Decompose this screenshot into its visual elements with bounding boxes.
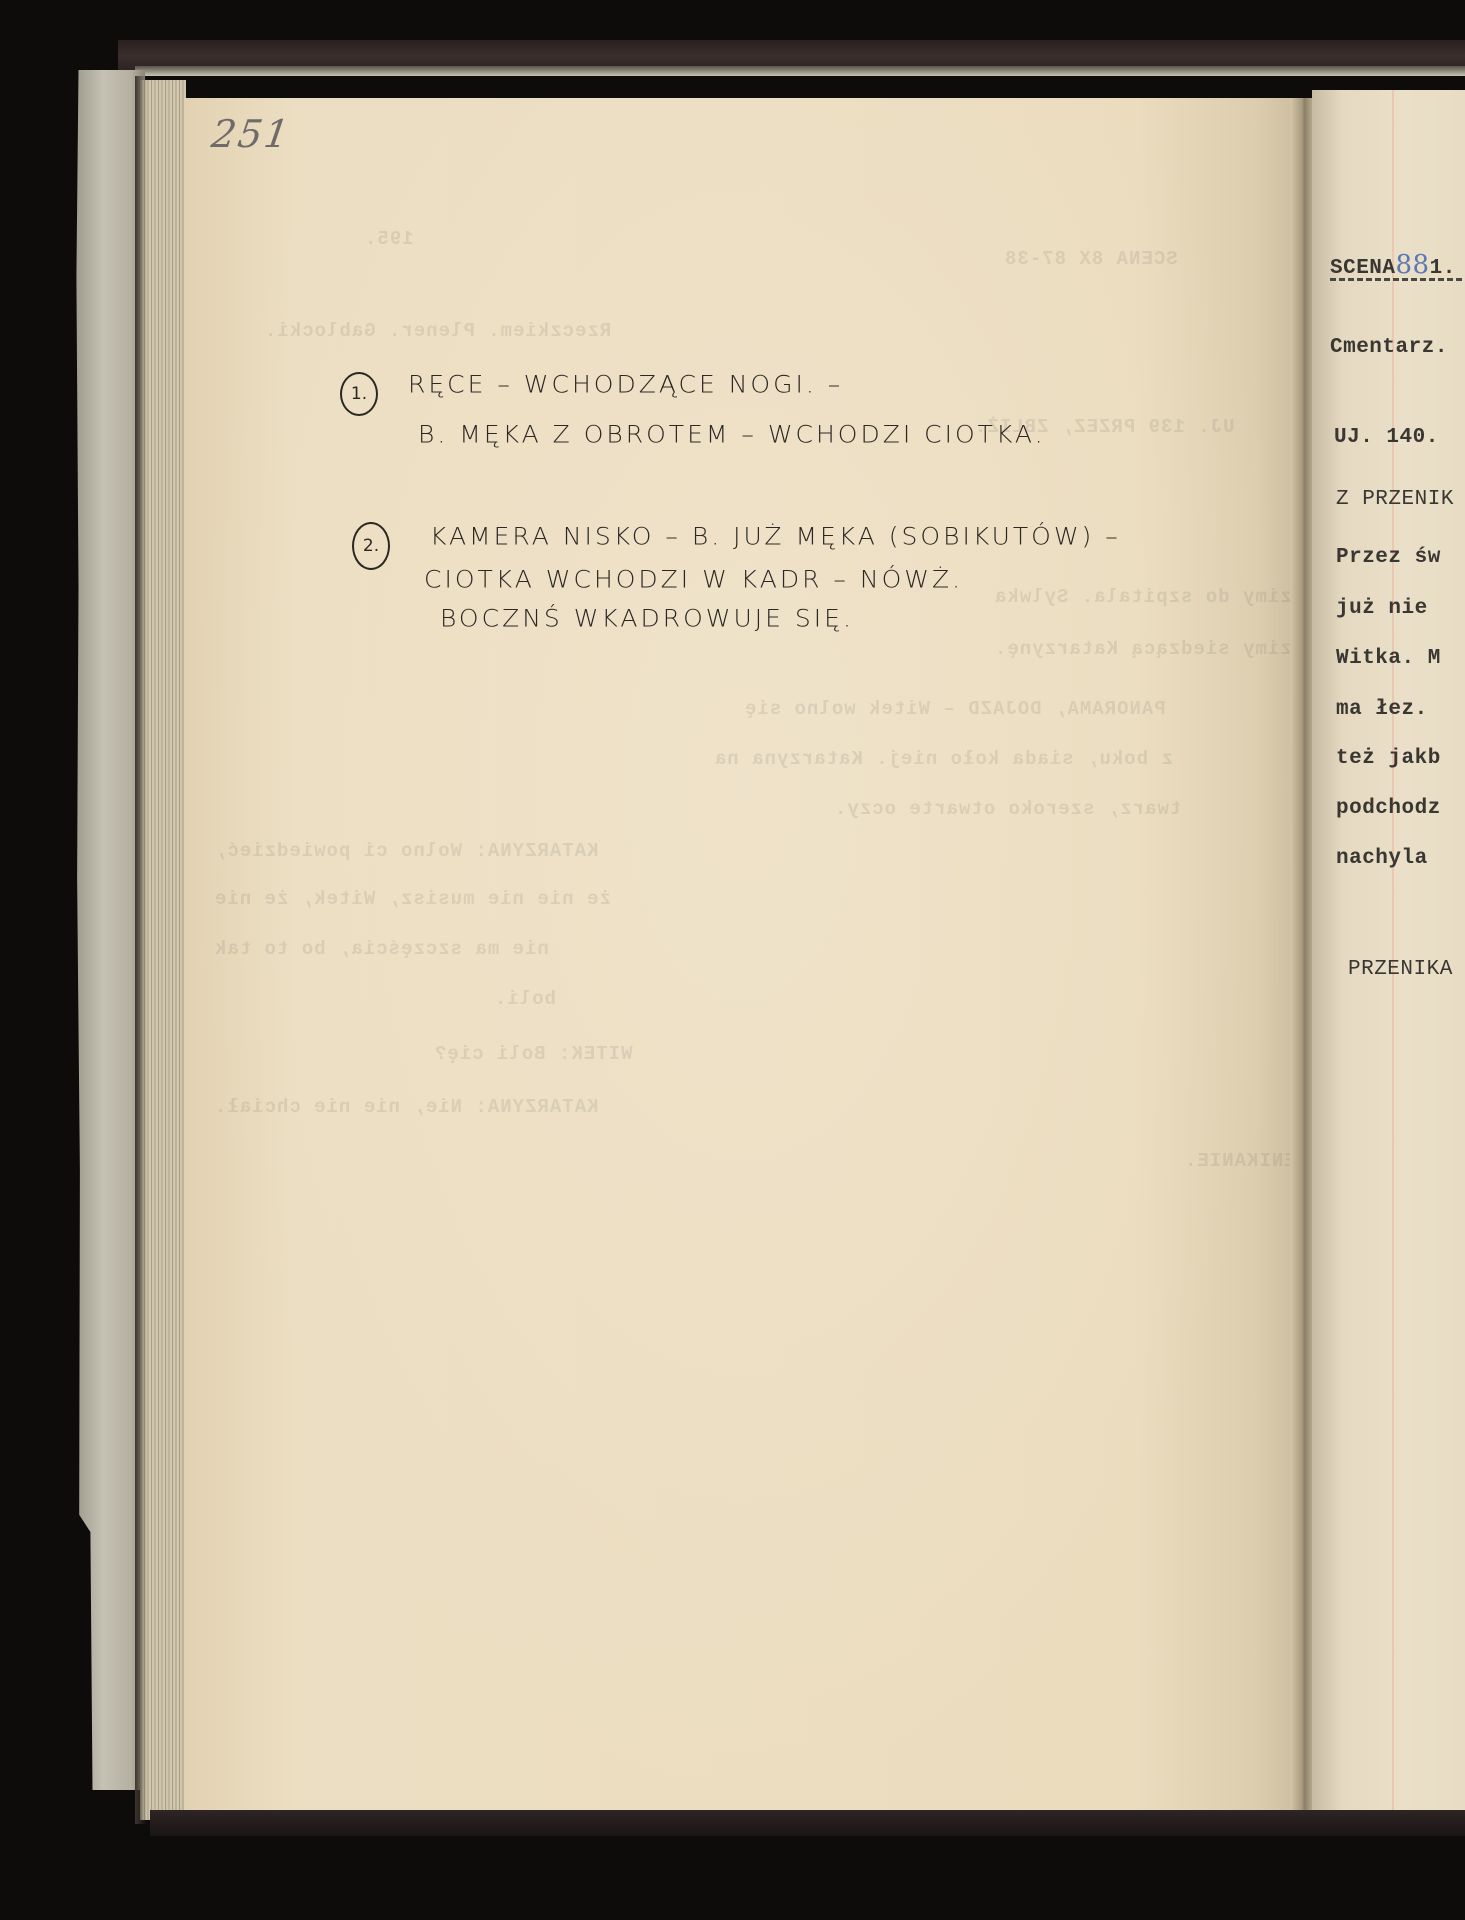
bleed-through-line: PANORAMA, DOJAZD – Witek wolno się bbox=[744, 698, 1166, 720]
scene-location: Cmentarz. bbox=[1330, 336, 1448, 359]
pencil-page-number: 251 bbox=[209, 112, 294, 156]
right-page: SCENA881. Cmentarz. UJ. 140. Z PRZENIK P… bbox=[1312, 90, 1465, 1810]
bleed-through-line: 195. bbox=[364, 228, 414, 250]
handwritten-note-line: KAMERA NISKO – B. JUŻ MĘKA (SOBIKUTÓW) – bbox=[430, 523, 1121, 551]
bleed-through-line: że nie nie musisz, Witek, że nie bbox=[214, 888, 611, 910]
page-edges-shadow bbox=[135, 76, 147, 1824]
body-line: już nie bbox=[1336, 597, 1428, 620]
note-number-badge: 1. bbox=[340, 372, 378, 416]
bleed-through-line: z boku, siada koło niej. Katarzyna na bbox=[714, 748, 1173, 770]
transition-in: Z PRZENIK bbox=[1336, 488, 1454, 511]
transition-out: PRZENIKA bbox=[1348, 958, 1453, 981]
note-number-badge: 2. bbox=[352, 522, 390, 570]
bleed-through-line: KATARZYNA: Nie, nie nie chciał. bbox=[214, 1096, 598, 1118]
left-page: 195. SCENA 8X 87-38 Rzeczkiem. Plener. G… bbox=[184, 98, 1302, 1810]
bleed-through-line: KATARZYNA: Wolno ci powiedzieć, bbox=[214, 840, 598, 862]
body-line: nachyla bbox=[1336, 847, 1428, 870]
bleed-through-line: Rzeczkiem. Plener. Gablocki. bbox=[264, 320, 611, 342]
body-line: Przez św bbox=[1336, 546, 1441, 569]
bleed-through-line: twarz, szeroko otwarte oczy. bbox=[834, 798, 1181, 820]
body-line: Witka. M bbox=[1336, 647, 1441, 670]
bleed-through-line: WITEK: Boli cię? bbox=[434, 1043, 632, 1065]
handwritten-note-line: BOCZNŚ WKADROWUJE SIĘ. bbox=[440, 605, 854, 633]
scene-heading: SCENA881. bbox=[1330, 250, 1456, 280]
scene-underline bbox=[1330, 278, 1465, 281]
body-line: podchodz bbox=[1336, 797, 1441, 820]
handwritten-note-line: B. MĘKA Z OBROTEM – WCHODZI CIOTKA. bbox=[418, 421, 1046, 449]
book-cover-edge bbox=[135, 66, 1465, 76]
body-line: też jakb bbox=[1336, 747, 1441, 770]
book-gutter bbox=[1290, 98, 1314, 1810]
book-cover-bottom bbox=[150, 1810, 1465, 1836]
handwritten-note-line: RĘCE – WCHODZĄCE NOGI. – bbox=[408, 371, 843, 399]
body-line: ma łez. bbox=[1336, 698, 1428, 721]
handwritten-note-line: CIOTKA WCHODZI W KADR – NÓWŻ. bbox=[424, 566, 963, 594]
bleed-through-line: boli. bbox=[494, 988, 556, 1010]
bleed-through-line: nie ma szczęścia, bo to tak bbox=[214, 938, 549, 960]
scene-number-handwritten: 88 bbox=[1396, 250, 1430, 280]
shot-number: UJ. 140. bbox=[1334, 426, 1439, 449]
bleed-through-line: SCENA 8X 87-38 bbox=[1004, 248, 1178, 270]
scene-number-typed: 1. bbox=[1430, 257, 1456, 280]
scene-label: SCENA bbox=[1330, 257, 1396, 280]
